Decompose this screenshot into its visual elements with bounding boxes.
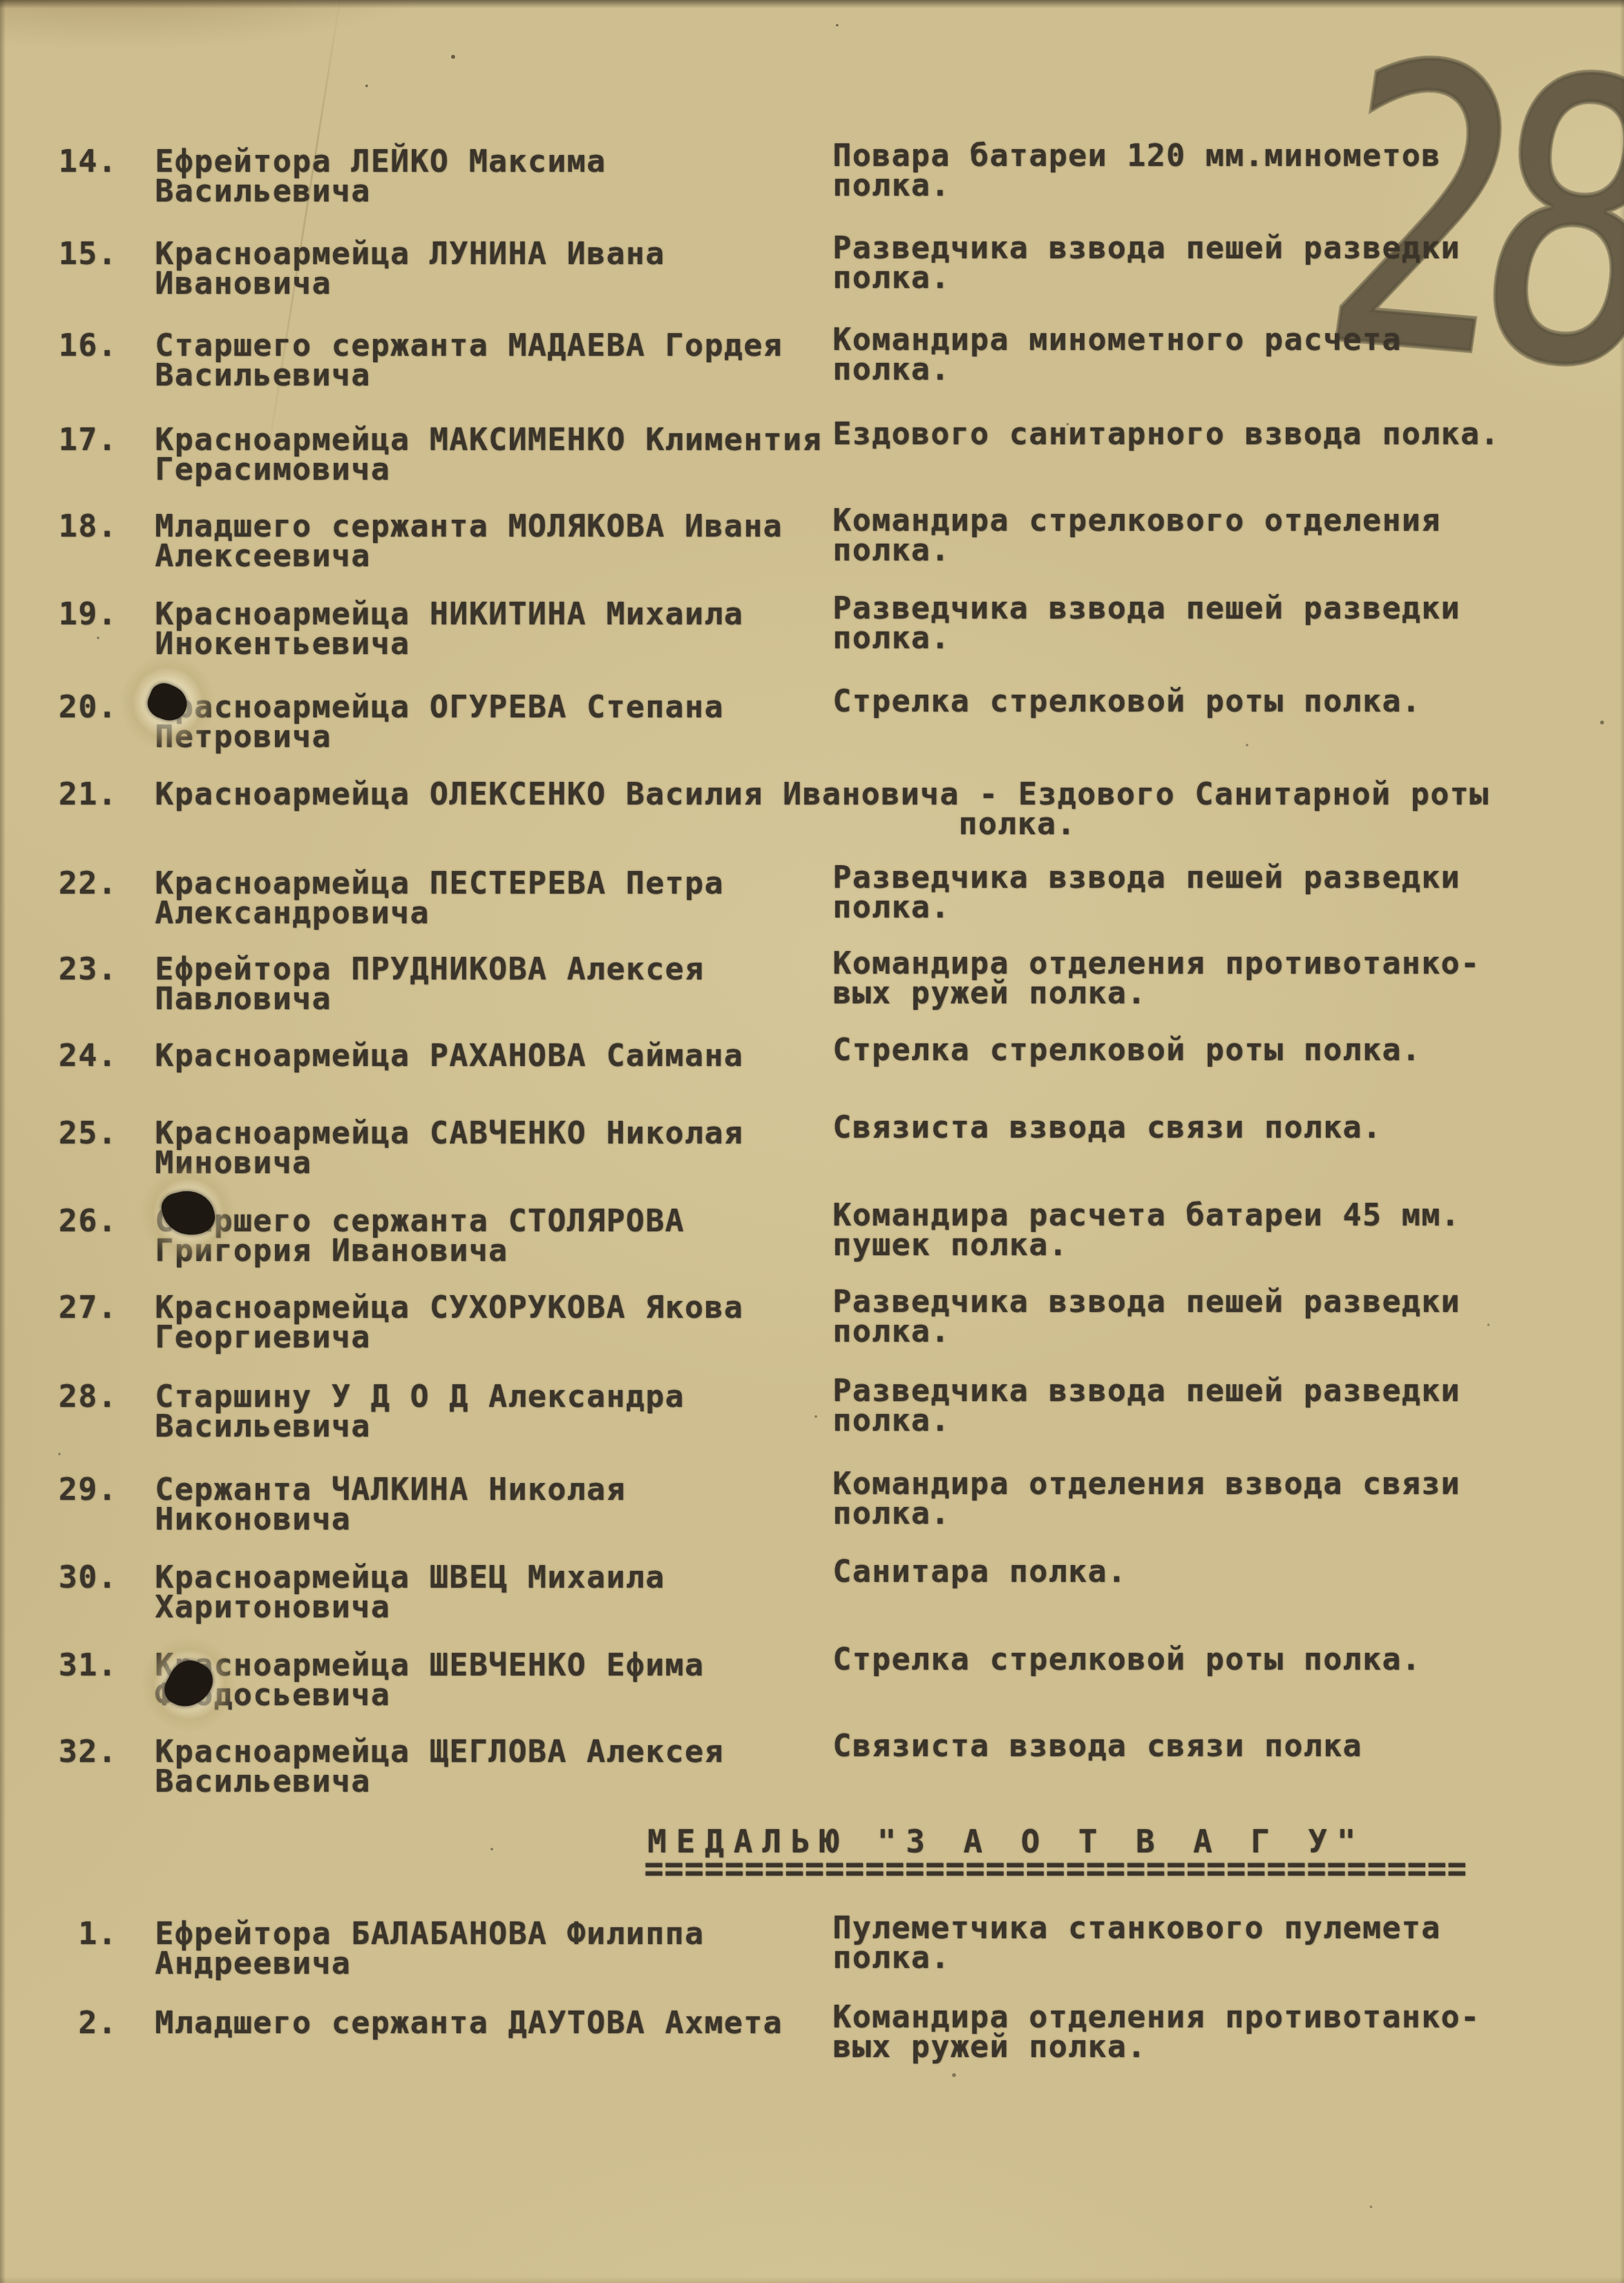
scanned-award-document-page: 28 14. Ефрейтора ЛЕЙКО МаксимаВасильевич… bbox=[0, 0, 1624, 2283]
entry-role: Командира стрелкового отделенияполка. bbox=[833, 506, 1441, 565]
entry-name: Ефрейтора БАЛАБАНОВА ФилиппаАндреевича bbox=[155, 1919, 704, 1978]
entry-number: 19. bbox=[37, 599, 117, 629]
entry-number: 29. bbox=[37, 1475, 117, 1504]
entry-role: Ездового санитарного взвода полка. bbox=[833, 419, 1500, 449]
entry-number: 31. bbox=[37, 1650, 117, 1680]
punch-hole bbox=[167, 1659, 212, 1710]
entry-name: Младшего сержанта ДАУТОВА Ахмета bbox=[155, 2008, 783, 2038]
entry-name: Сержанта ЧАЛКИНА НиколаяНиконовича bbox=[155, 1475, 626, 1534]
entry-number: 32. bbox=[37, 1737, 117, 1766]
entry-number: 16. bbox=[37, 331, 117, 360]
entry-number: 15. bbox=[37, 239, 117, 269]
entry-role: Командира отделения взвода связиполка. bbox=[833, 1469, 1461, 1528]
entry-role: Разведчика взвода пешей разведкиполка. bbox=[833, 233, 1461, 292]
entry-name: Старшину У Д О Д АлександраВасильевича bbox=[155, 1382, 685, 1441]
entry-role: Повара батареи 120 мм.минометовполка. bbox=[833, 141, 1441, 200]
entry-name: Младшего сержанта МОЛЯКОВА ИванаАлексеев… bbox=[155, 511, 783, 571]
entry-name: Ефрейтора ПРУДНИКОВА АлексеяПавловича bbox=[155, 954, 704, 1014]
entry-number: 27. bbox=[37, 1293, 117, 1322]
entry-name: Красноармейца МАКСИМЕНКО КлиментияГераси… bbox=[155, 425, 822, 484]
entry-number: 23. bbox=[37, 954, 117, 984]
entry-number: 2. bbox=[37, 2008, 117, 2038]
entry-role: Пулеметчика станкового пулеметаполка. bbox=[833, 1913, 1441, 1972]
entry-role: Разведчика взвода пешей разведкиполка. bbox=[833, 863, 1461, 922]
entry-number: 1. bbox=[37, 1919, 117, 1949]
entry-role: Командира отделения противотанко-вых руж… bbox=[833, 948, 1480, 1008]
entry-role: Санитара полка. bbox=[833, 1557, 1127, 1586]
entry-name: Ефрейтора ЛЕЙКО МаксимаВасильевича bbox=[155, 147, 606, 206]
entry-number: 14. bbox=[37, 147, 117, 176]
entry-number: 20. bbox=[37, 692, 117, 722]
ink-specks bbox=[0, 0, 3, 3]
entry-role: Стрелка стрелковой роты полка. bbox=[833, 686, 1421, 716]
entry-role: Стрелка стрелковой роты полка. bbox=[833, 1644, 1421, 1674]
entry-number: 21. bbox=[37, 779, 117, 809]
entry-name: Красноармейца ЩЕГЛОВА АлексеяВасильевича bbox=[155, 1737, 724, 1796]
entry-number: 17. bbox=[37, 425, 117, 455]
entry-role: Стрелка стрелковой роты полка. bbox=[833, 1035, 1421, 1065]
entry-name: Красноармейца ПЕСТЕРЕВА ПетраАлександров… bbox=[155, 868, 724, 928]
entry-role: Разведчика взвода пешей разведкиполка. bbox=[833, 1376, 1461, 1435]
entry-role: Связиста взвода связи полка bbox=[833, 1731, 1363, 1761]
entry-name: Красноармейца ОЛЕКСЕНКО Василия Иванович… bbox=[155, 779, 1489, 839]
entry-number: 25. bbox=[37, 1118, 117, 1148]
entry-name: Красноармейца САВЧЕНКО НиколаяМиновича bbox=[155, 1118, 744, 1178]
entry-name: Красноармейца ЛУНИНА ИванаИвановича bbox=[155, 239, 665, 298]
entry-role: Командира расчета батареи 45 мм.пушек по… bbox=[833, 1200, 1461, 1260]
entry-name: Красноармейца СУХОРУКОВА ЯковаГеоргиевич… bbox=[155, 1293, 744, 1352]
entry-number: 30. bbox=[37, 1562, 117, 1592]
entry-number: 28. bbox=[37, 1382, 117, 1411]
entry-role: Командира отделения противотанко-вых руж… bbox=[833, 2002, 1480, 2062]
entry-number: 22. bbox=[37, 868, 117, 898]
entry-role: Связиста взвода связи полка. bbox=[833, 1112, 1382, 1142]
punch-hole bbox=[163, 1189, 214, 1237]
entry-name: Красноармейца РАХАНОВА Саймана bbox=[155, 1041, 744, 1070]
entry-number: 24. bbox=[37, 1041, 117, 1070]
entry-number: 18. bbox=[37, 511, 117, 541]
entry-name: Красноармейца ОГУРЕВА СтепанаПетровича bbox=[155, 692, 724, 752]
entry-role: Командира минометного расчетаполка. bbox=[833, 325, 1402, 384]
entry-name: Красноармейца НИКИТИНА МихаилаИнокентьев… bbox=[155, 599, 744, 659]
entry-number: 26. bbox=[37, 1206, 117, 1236]
entry-role: Разведчика взвода пешей разведкиполка. bbox=[833, 1287, 1461, 1346]
medal-section-heading-underline: ========================================… bbox=[644, 1847, 1467, 1890]
entry-role: Разведчика взвода пешей разведкиполка. bbox=[833, 593, 1461, 653]
entry-name: Красноармейца ШВЕЦ МихаилаХаритоновича bbox=[155, 1562, 665, 1622]
punch-hole bbox=[147, 683, 188, 722]
entry-name: Старшего сержанта МАДАЕВА ГордеяВасильев… bbox=[155, 331, 783, 390]
